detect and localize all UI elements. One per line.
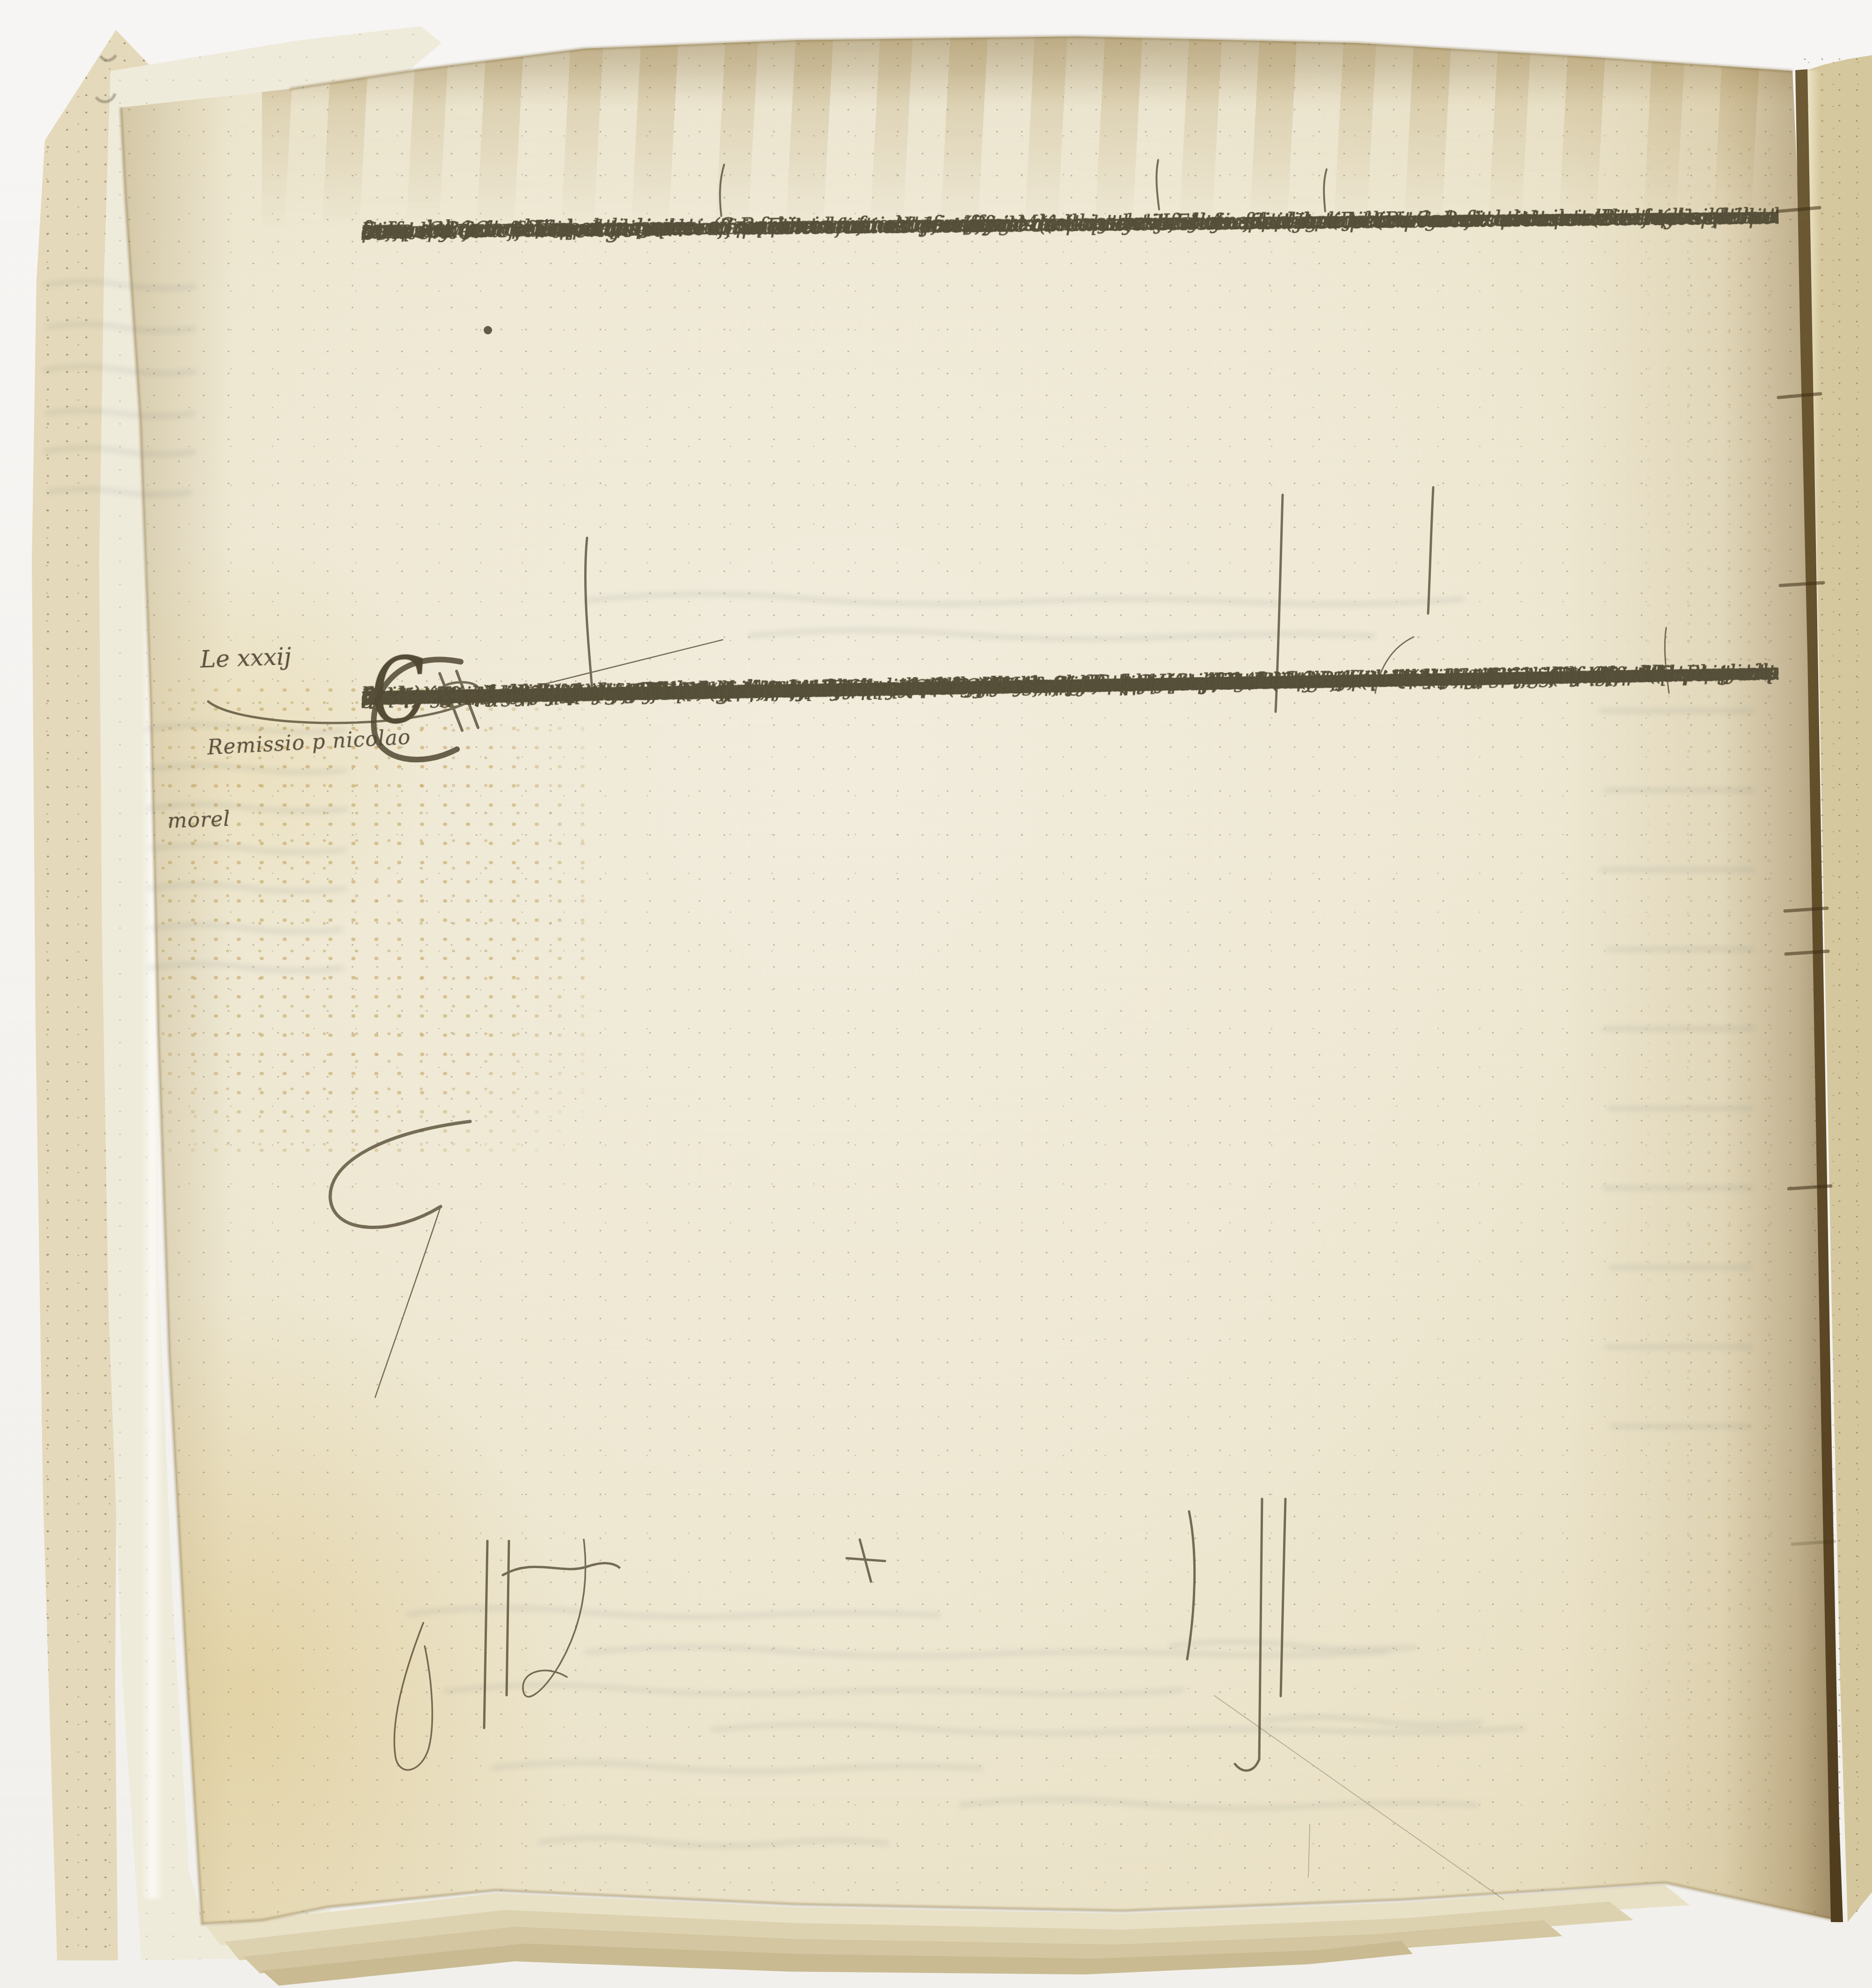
parchment-page: [0, 0, 1872, 1988]
follicle-dots-right-margin: [1618, 140, 1778, 1833]
margin-folio-note: Le xxxij: [200, 643, 292, 673]
manuscript-scan: toute peine offense et amende corporelle…: [0, 0, 1872, 1988]
margin-remission-note: morel: [167, 807, 231, 833]
follicle-dots-left-margin: [136, 680, 585, 1162]
